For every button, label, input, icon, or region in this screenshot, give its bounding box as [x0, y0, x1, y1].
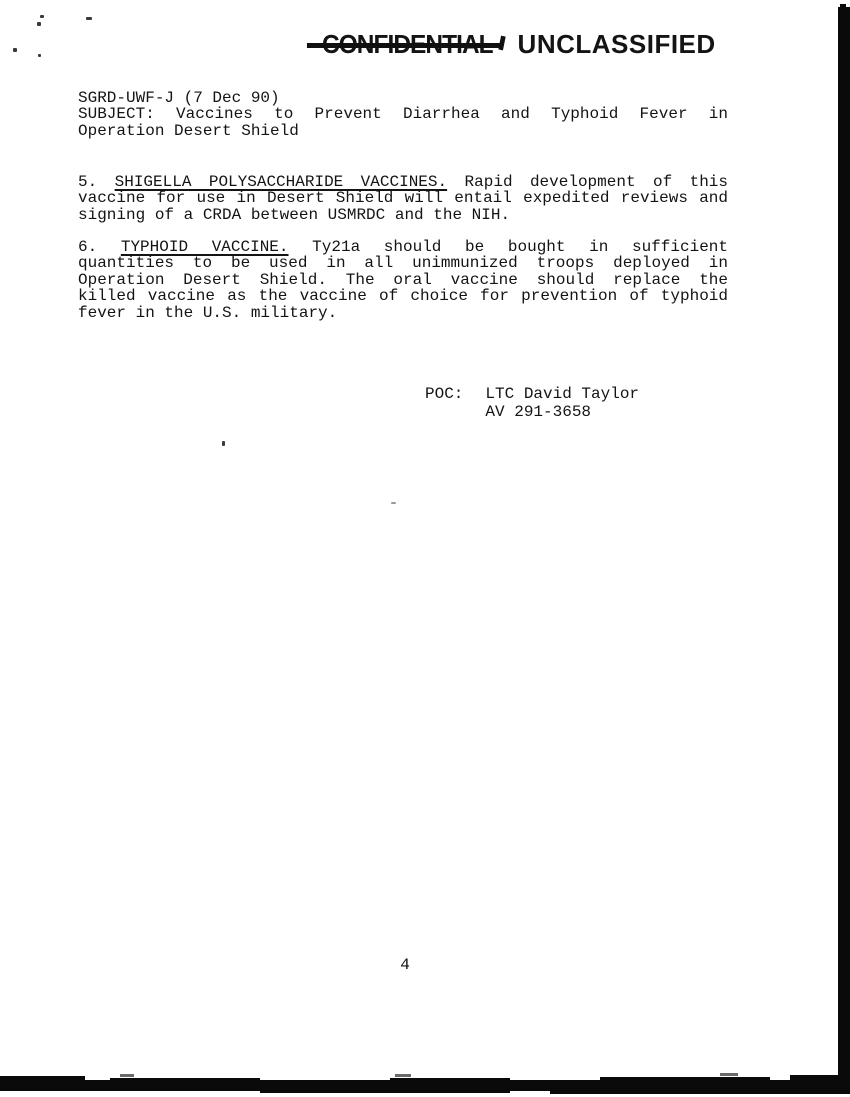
- scan-edge-segment: [600, 1077, 770, 1084]
- paragraph-5-number: 5.: [78, 173, 97, 191]
- paragraph-6-line-4: killed vaccine as the vaccine of choice …: [78, 288, 728, 304]
- paragraph-6-line-3: Operation Desert Shield. The oral vaccin…: [78, 272, 728, 288]
- paragraph-5-line-3: signing of a CRDA between USMRDC and the…: [78, 207, 728, 223]
- paragraph-6-line-2: quantities to be used in all unimmunized…: [78, 255, 728, 271]
- subject-line-1: SUBJECT: Vaccines to Prevent Diarrhea an…: [78, 106, 728, 122]
- poc-label: POC:: [425, 386, 463, 421]
- poc-block: POC: LTC David Taylor AV 291-3658: [425, 386, 639, 421]
- page-number: 4: [0, 956, 810, 974]
- scan-edge-segment: [390, 1078, 510, 1084]
- scan-speck: [222, 441, 225, 446]
- scan-speck: [37, 22, 41, 26]
- scan-speck: [391, 502, 396, 504]
- scan-speck: [86, 17, 92, 20]
- scanned-memo-page: CONFIDENTIAL UNCLASSIFIED SGRD-UWF-J (7 …: [0, 0, 850, 1097]
- scan-edge-segment: [790, 1075, 850, 1084]
- paragraph-6-line-1: 6. TYPHOID VACCINE. Ty21a should be boug…: [78, 239, 728, 255]
- paragraph-6-line-5: fever in the U.S. military.: [78, 305, 728, 321]
- classification-stamp: CONFIDENTIAL UNCLASSIFIED: [322, 29, 716, 60]
- paragraph-5-line-2: vaccine for use in Desert Shield will en…: [78, 190, 728, 206]
- paragraph-6-line-1-rest: Ty21a should be bought in sufficient: [312, 238, 728, 256]
- scan-edge-segment: [260, 1089, 510, 1093]
- paragraph-6-heading: TYPHOID VACCINE.: [121, 238, 289, 256]
- poc-phone: AV 291-3658: [485, 404, 639, 422]
- poc-details: LTC David Taylor AV 291-3658: [485, 386, 639, 421]
- confidential-struck-text: CONFIDENTIAL: [322, 29, 493, 60]
- scan-edge-segment: [110, 1078, 260, 1084]
- scan-noise-dash: [395, 1074, 411, 1077]
- paragraph-6: 6. TYPHOID VACCINE. Ty21a should be boug…: [78, 239, 728, 321]
- scan-noise-dash: [120, 1074, 134, 1077]
- unclassified-text: UNCLASSIFIED: [518, 29, 716, 60]
- subject-line-2: Operation Desert Shield: [78, 123, 728, 139]
- scan-noise-dash: [720, 1073, 738, 1076]
- scan-edge-right-bar: [838, 7, 850, 1082]
- memo-id-line: SGRD-UWF-J (7 Dec 90): [78, 90, 728, 106]
- paragraph-6-number: 6.: [78, 238, 97, 256]
- paragraph-5-line-1-rest: Rapid development of this: [465, 173, 728, 191]
- scan-speck: [38, 54, 41, 57]
- scan-edge-segment: [550, 1089, 850, 1094]
- scan-speck: [40, 15, 44, 18]
- memo-header: SGRD-UWF-J (7 Dec 90) SUBJECT: Vaccines …: [78, 90, 728, 139]
- scan-edge-segment: [0, 1076, 85, 1084]
- poc-name: LTC David Taylor: [485, 386, 639, 404]
- paragraph-5-heading: SHIGELLA POLYSACCHARIDE VACCINES.: [115, 173, 447, 191]
- scan-speck: [13, 48, 17, 52]
- paragraph-5: 5. SHIGELLA POLYSACCHARIDE VACCINES. Rap…: [78, 174, 728, 223]
- paragraph-5-line-1: 5. SHIGELLA POLYSACCHARIDE VACCINES. Rap…: [78, 174, 728, 190]
